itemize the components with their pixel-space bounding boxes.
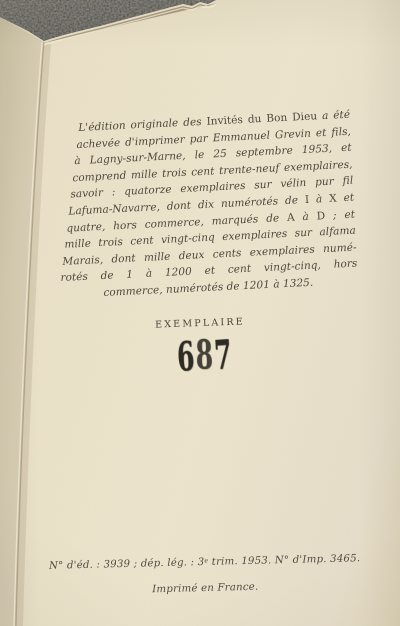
gutter-highlight — [14, 42, 42, 626]
facing-page-edge-shade — [0, 17, 44, 626]
exemplaire-label: EXEMPLAIRE — [125, 315, 275, 331]
edition-number-text: N° d'éd. : 3939 ; dép. lég. : 3 — [49, 557, 205, 572]
page-environment — [0, 0, 400, 626]
colophon-text-segment: à — [309, 193, 330, 206]
limitation-paragraph: L'édition originale des Invités du Bon D… — [78, 107, 359, 303]
stamp-digit: 6 — [176, 337, 197, 379]
stamp-digit: 8 — [195, 335, 215, 375]
printer-imprint: N° d'éd. : 3939 ; dép. lég. : 3e trim. 1… — [30, 552, 381, 600]
deckle-edge-shadow — [44, 3, 217, 43]
book-page-photo: L'édition originale des Invités du Bon D… — [0, 0, 400, 626]
colophon-text-segment: à — [294, 210, 317, 223]
colophon-text-segment: et — [336, 192, 354, 205]
copy-number-stamp: 687 — [167, 334, 243, 377]
gutter-shadow — [19, 44, 47, 626]
colophon-text-segment: ; et — [325, 208, 355, 221]
colophon-text-segment: a été — [317, 109, 351, 123]
deckle-edge-highlight — [44, 5, 216, 45]
impression-number-text: trim. 1953. N° d'Imp. 3465. — [208, 553, 360, 568]
edition-number-line: N° d'éd. : 3939 ; dép. lég. : 3e trim. 1… — [30, 552, 380, 574]
paper-vignette — [0, 0, 400, 626]
cloth-background — [0, 0, 216, 41]
paper-grain-texture — [0, 0, 400, 626]
gutter-crease — [16, 42, 44, 626]
printed-in-france-line: Imprimé en France. — [30, 578, 380, 600]
stamp-digit: 7 — [213, 335, 234, 376]
